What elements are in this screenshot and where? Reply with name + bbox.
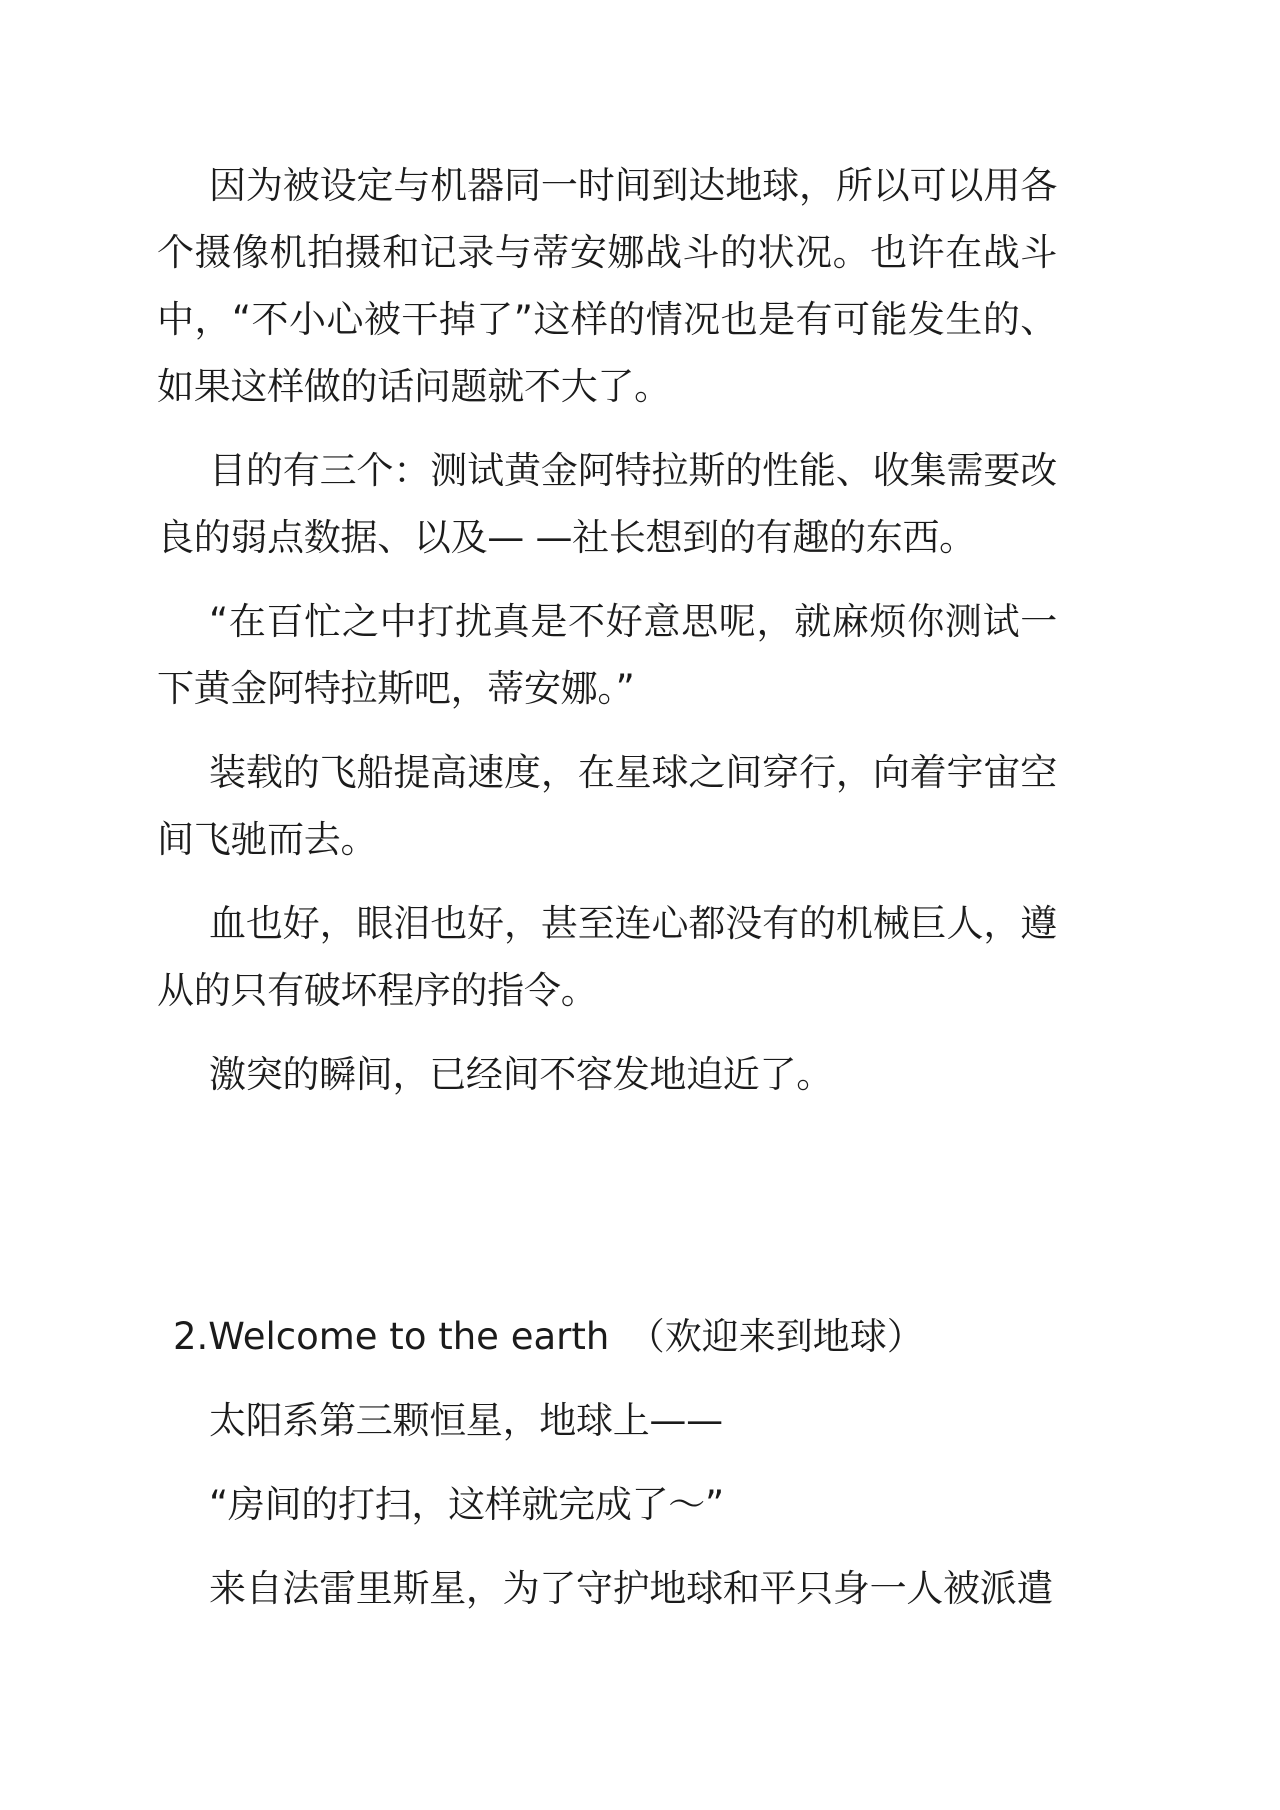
- paragraph: 太阳系第三颗恒星，地球上——: [157, 1387, 1057, 1454]
- document-page: 因为被设定与机器同一时间到达地球，所以可以用各个摄像机拍摄和记录与蒂安娜战斗的状…: [0, 0, 1280, 1810]
- paragraph: 来自法雷里斯星，为了守护地球和平只身一人被派遣: [157, 1555, 1057, 1622]
- section-heading: 2.Welcome to the earth （欢迎来到地球）: [157, 1303, 1057, 1370]
- paragraph: 血也好，眼泪也好，甚至连心都没有的机械巨人，遵从的只有破坏程序的指令。: [157, 890, 1057, 1024]
- paragraph: “在百忙之中打扰真是不好意思呢，就麻烦你测试一下黄金阿特拉斯吧，蒂安娜。”: [157, 588, 1057, 722]
- paragraph: “房间的打扫，这样就完成了～”: [157, 1471, 1057, 1538]
- paragraph: 激突的瞬间，已经间不容发地迫近了。: [157, 1041, 1057, 1108]
- paragraph: 目的有三个：测试黄金阿特拉斯的性能、收集需要改良的弱点数据、以及— —社长想到的…: [157, 437, 1057, 571]
- paragraph: 因为被设定与机器同一时间到达地球，所以可以用各个摄像机拍摄和记录与蒂安娜战斗的状…: [157, 152, 1057, 420]
- paragraph: 装载的飞船提高速度，在星球之间穿行，向着宇宙空间飞驰而去。: [157, 739, 1057, 873]
